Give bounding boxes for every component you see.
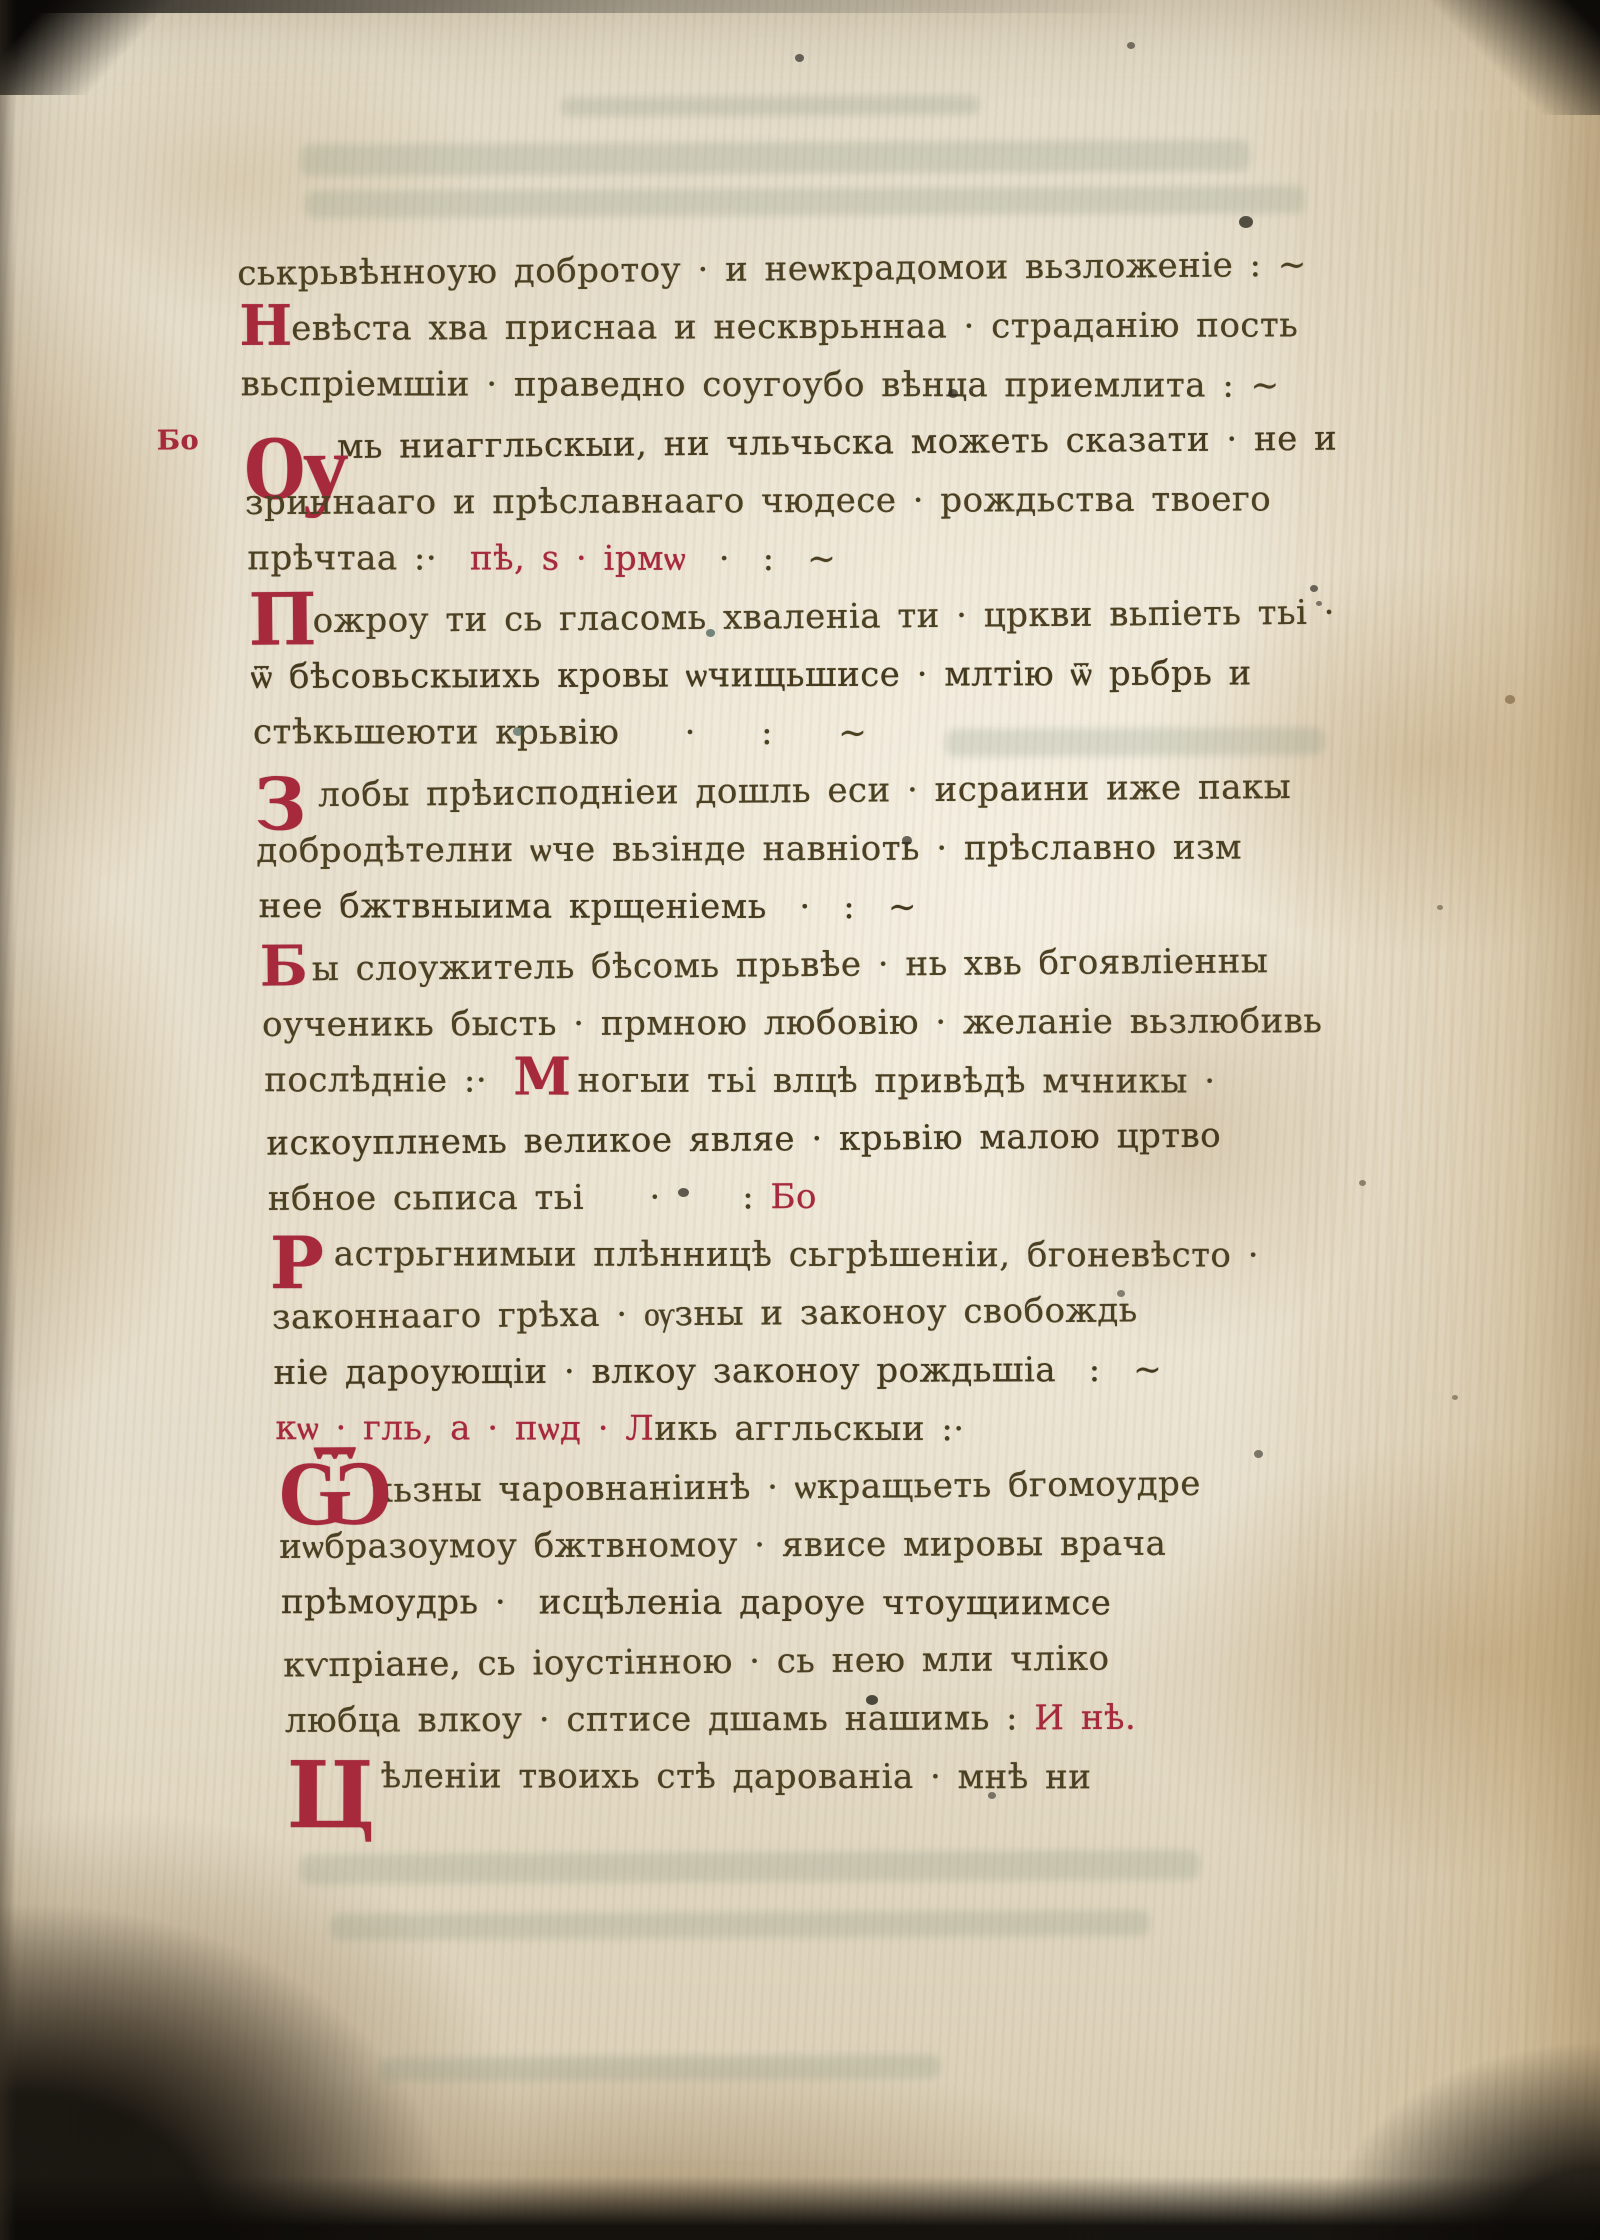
show-through-text bbox=[330, 1910, 1150, 1940]
text-segment: зриннааго и прѣславнааго чюдесе · рождьс… bbox=[245, 479, 1271, 523]
text-segment: прѣмоудрь · исцѣленіа дароуе чтоущиимсе bbox=[281, 1582, 1111, 1623]
text-segment: послѣдніе :· bbox=[264, 1060, 503, 1100]
ink-spot bbox=[948, 389, 958, 398]
text-segment: ѿ бѣсовьскыихь кровы ѡчищьшисе · млтію ѿ… bbox=[251, 653, 1252, 696]
manuscript-line: ѿ бѣсовьскыихь кровы ѡчищьшисе · млтію ѿ… bbox=[251, 644, 1379, 706]
ink-spot bbox=[1254, 1450, 1263, 1458]
text-segment: нее бжтвныима крщеніемь · : ~ bbox=[258, 886, 916, 927]
ink-spot bbox=[988, 1792, 996, 1799]
show-through-text bbox=[560, 95, 980, 117]
text-block: ськрьвѣнноую добротоу · и неѡкрадомои вь… bbox=[237, 238, 1382, 1808]
ink-spot bbox=[706, 629, 715, 637]
text-segment: нбное сьписа тьі · : bbox=[268, 1177, 771, 1219]
text-segment: астрьгнимыи плѣнницѣ сьгрѣшеніи, бгоневѣ… bbox=[334, 1234, 1259, 1275]
manuscript-line: кѵпріане, сь іоустінною · сь нею мли члі… bbox=[283, 1627, 1383, 1694]
rubric-segment: пѣ, ѕ · ірмѡ bbox=[469, 539, 685, 579]
rubric-initial: Ц bbox=[287, 1749, 377, 1841]
text-segment: кьзны чаровнаніинѣ · ѡкращьеть бгомоудре bbox=[371, 1464, 1201, 1511]
ink-spot bbox=[513, 727, 523, 736]
manuscript-line: искоуплнемь великое являе · крьвію малою… bbox=[266, 1105, 1381, 1172]
text-segment: мь ниаггльскыи, ни чльчьска можеть сказа… bbox=[337, 419, 1338, 467]
ink-spot bbox=[1310, 585, 1318, 592]
text-segment: кѵпріане, сь іоустінною · сь нею мли члі… bbox=[283, 1639, 1110, 1686]
manuscript-line: Бы слоужитель бѣсомь прьвѣе · нь хвь бго… bbox=[260, 931, 1380, 998]
ink-spot bbox=[1117, 1290, 1125, 1297]
text-segment: · : ~ bbox=[686, 539, 836, 579]
manuscript-line: иѡбразоумоу бжтвномоу · явисе мировы вра… bbox=[279, 1514, 1382, 1576]
manuscript-line: Растрьгнимыи плѣнницѣ сьгрѣшеніи, бгонев… bbox=[270, 1225, 1381, 1285]
ink-spot bbox=[1359, 1180, 1366, 1186]
rubric-segment: И нѣ. bbox=[1034, 1698, 1136, 1738]
manuscript-line: кѡ · гль, а · пѡд · Ликь аггльскыи :· bbox=[275, 1399, 1381, 1459]
text-segment: ногыи тьі влцѣ привѣдѣ мчникы · bbox=[577, 1061, 1215, 1102]
show-through-text bbox=[945, 727, 1325, 757]
manuscript-line: добродѣтелни ѡче вьзінде навніоть · прѣс… bbox=[256, 818, 1379, 880]
manuscript-line: послѣдніе :· Многыи тьі влцѣ привѣдѣ мчн… bbox=[264, 1051, 1380, 1111]
text-segment: ѣленіи твоихь стѣ дарованіа · мнѣ ни bbox=[381, 1756, 1092, 1797]
photo-frame: ськрьвѣнноую добротоу · и неѡкрадомои вь… bbox=[0, 0, 1600, 2240]
manuscript-line: ѸБомь ниаггльскыи, ни чльчьска можеть ск… bbox=[243, 409, 1378, 477]
rubric-segment: М bbox=[513, 1047, 571, 1108]
show-through-text bbox=[300, 1850, 1200, 1885]
text-segment: прѣчтаа :· bbox=[247, 538, 470, 578]
manuscript-line: Ѿкьзны чаровнаніинѣ · ѡкращьеть бгомоудр… bbox=[277, 1453, 1382, 1520]
manuscript-line: вьспріемшіи · праведно соугоубо вѣнца пр… bbox=[241, 355, 1378, 415]
manuscript-line: прѣмоудрь · исцѣленіа дароуе чтоущиимсе bbox=[281, 1573, 1382, 1633]
ink-spot bbox=[1127, 42, 1135, 49]
text-segment: оученикь бысть · прмною любовію · желані… bbox=[262, 1001, 1322, 1045]
text-segment: ожроу ти сь гласомь хваленіа ти · цркви … bbox=[313, 593, 1336, 642]
manuscript-line: ськрьвѣнноую добротоу · и неѡкрадомои вь… bbox=[237, 235, 1377, 303]
show-through-text bbox=[300, 140, 1250, 177]
manuscript-line: нбное сьписа тьі · : Бо bbox=[268, 1166, 1381, 1228]
manuscript-line: прѣчтаа :· пѣ, ѕ · ірмѡ · : ~ bbox=[247, 529, 1379, 589]
ink-spot bbox=[795, 54, 804, 62]
ink-spot bbox=[1505, 695, 1515, 704]
rubric-initial: П bbox=[248, 583, 317, 656]
text-segment: искоуплнемь великое являе · крьвію малою… bbox=[266, 1116, 1221, 1164]
manuscript-line: Невѣста хва приснаа и нескврьннаа · стра… bbox=[239, 296, 1378, 358]
manuscript-line: законнааго грѣха · ѹзны и законоу свобож… bbox=[271, 1279, 1381, 1346]
manuscript-line: оученикь бысть · прмною любовію · желані… bbox=[262, 992, 1380, 1054]
manuscript-line: Пожроу ти сь гласомь хваленіа ти · цркви… bbox=[249, 583, 1379, 650]
margin-note: Бо bbox=[157, 427, 199, 454]
text-segment: иѡбразоумоу бжтвномоу · явисе мировы вра… bbox=[279, 1524, 1166, 1567]
rubric-initial: Н bbox=[239, 298, 293, 354]
text-segment: лобы прѣисподніеи дошль еси · исраини иж… bbox=[318, 767, 1291, 815]
rubric-segment: Бо bbox=[770, 1177, 817, 1217]
manuscript-line: Злобы прѣисподніеи дошль еси · исраини и… bbox=[254, 757, 1379, 824]
text-segment: ніе дароующіи · влкоу законоу рождьшіа :… bbox=[273, 1350, 1162, 1393]
rubric-initial: Б bbox=[260, 938, 309, 994]
manuscript-line: любца влкоу · сптисе дшамь нашимь : И нѣ… bbox=[285, 1688, 1383, 1750]
ink-spot bbox=[902, 836, 912, 845]
manuscript-line: нее бжтвныима крщеніемь · : ~ bbox=[258, 877, 1379, 937]
manuscript-line: ніе дароующіи · влкоу законоу рождьшіа :… bbox=[273, 1340, 1381, 1402]
text-segment: ськрьвѣнноую добротоу · и неѡкрадомои вь… bbox=[237, 245, 1307, 294]
ink-spot bbox=[1239, 216, 1253, 228]
show-through-text bbox=[305, 185, 1305, 218]
text-segment: стѣкьшеюти крьвію · : ~ bbox=[253, 712, 867, 753]
text-segment: добродѣтелни ѡче вьзінде навніоть · прѣс… bbox=[256, 827, 1242, 870]
text-segment: вьспріемшіи · праведно соугоубо вѣнца пр… bbox=[241, 364, 1280, 405]
text-segment: евѣста хва приснаа и нескврьннаа · страд… bbox=[291, 305, 1298, 349]
show-through-text bbox=[380, 2055, 940, 2082]
manuscript-line: Цѣленіи твоихь стѣ дарованіа · мнѣ ни bbox=[287, 1747, 1383, 1807]
text-segment: законнааго грѣха · ѹзны и законоу свобож… bbox=[271, 1290, 1137, 1337]
text-segment: любца влкоу · сптисе дшамь нашимь : bbox=[285, 1698, 1035, 1741]
manuscript-line: зриннааго и прѣславнааго чюдесе · рождьс… bbox=[245, 470, 1378, 532]
text-segment: ы слоужитель бѣсомь прьвѣе · нь хвь бгоя… bbox=[312, 941, 1269, 989]
text-segment: икь аггльскыи :· bbox=[654, 1409, 964, 1449]
